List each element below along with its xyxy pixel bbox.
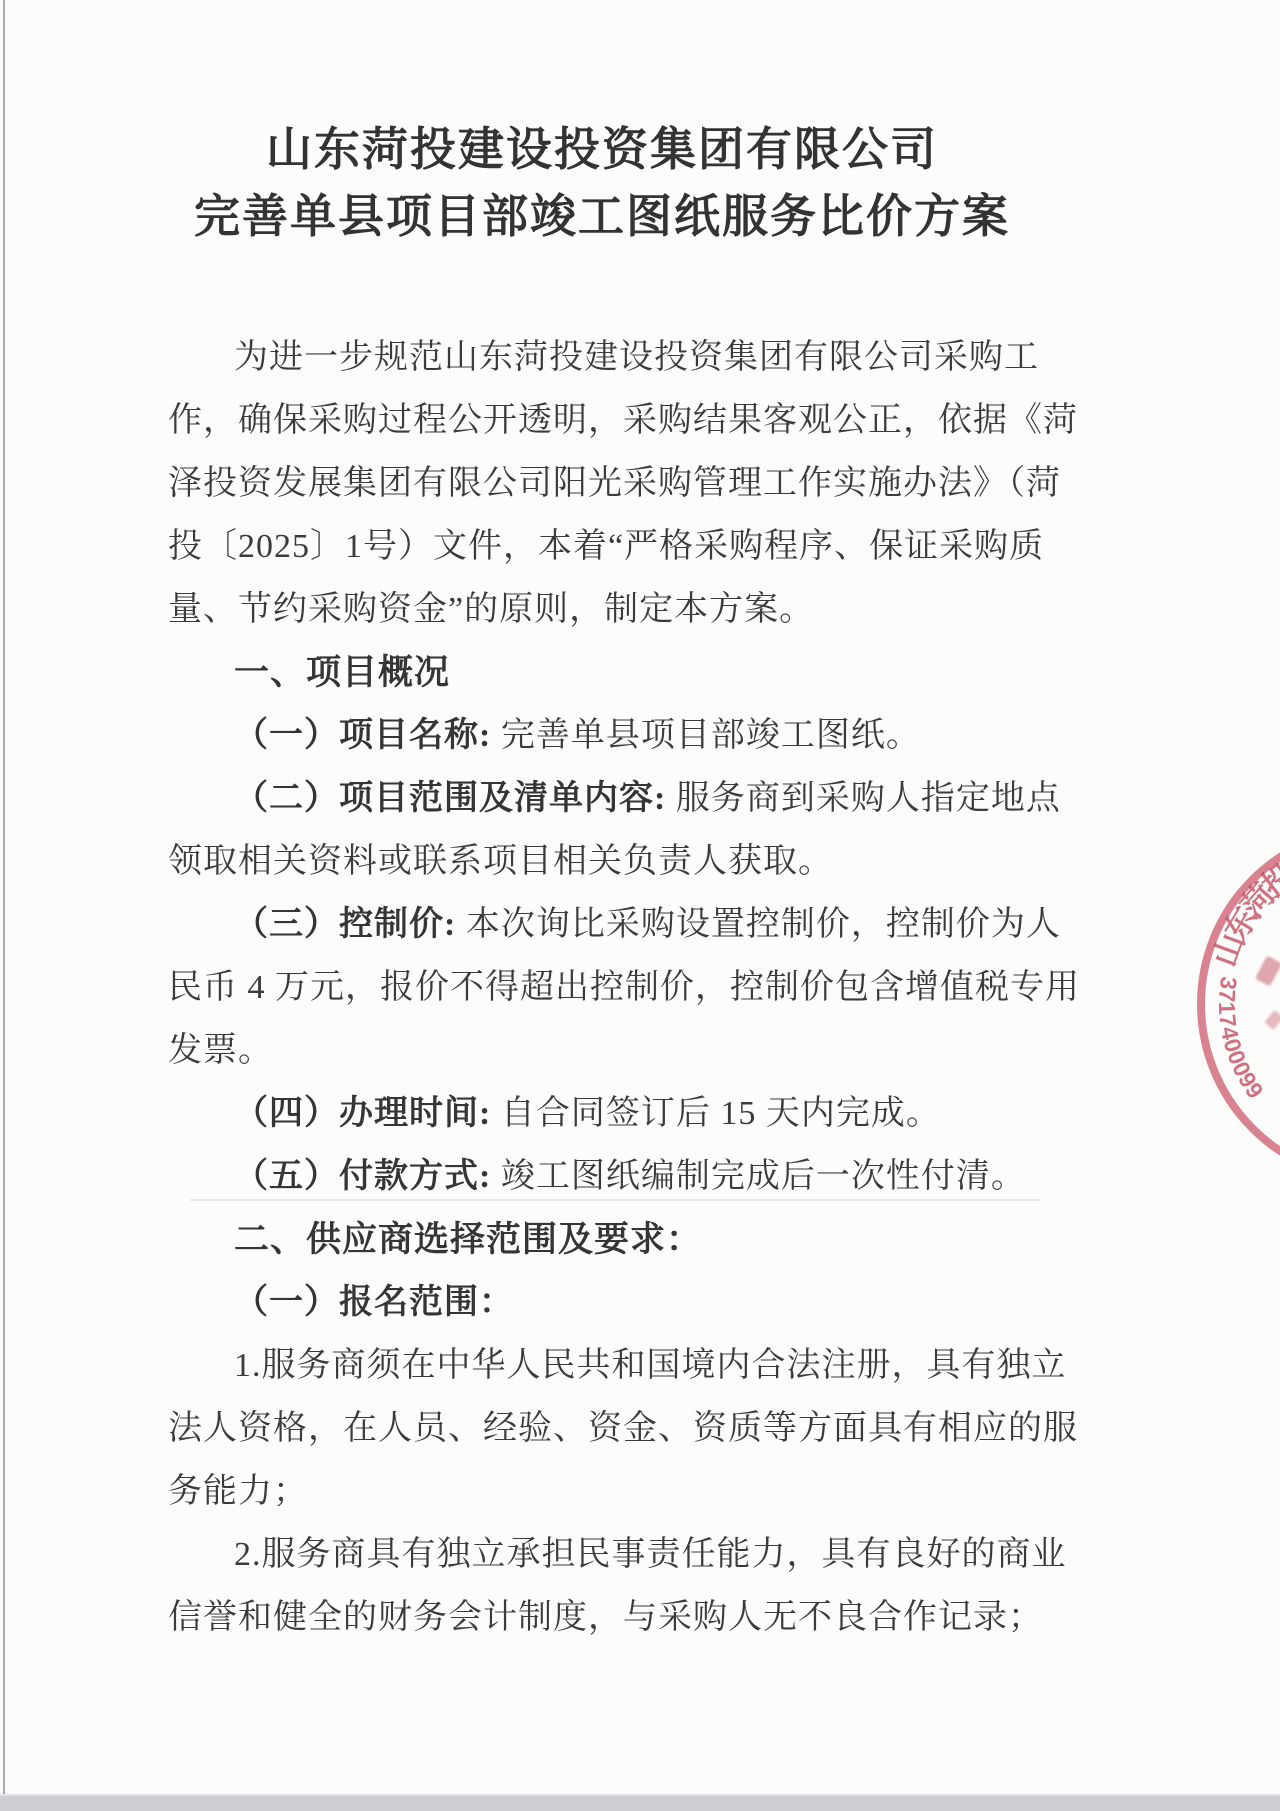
doc-line: 发票。 (168, 1019, 1036, 1082)
doc-line: （四）办理时间: 自合同签订后 15 天内完成。 (168, 1082, 1036, 1145)
seal-code-digit: 7 (1214, 1013, 1241, 1029)
doc-line: 信誉和健全的财务会计制度，与采购人无不良合作记录； (168, 1586, 1036, 1649)
doc-line: 民币 4 万元，报价不得超出控制价，控制价包含增值税专用 (168, 956, 1036, 1019)
doc-line-text: 务能力； (168, 1473, 308, 1510)
seal-code-digit: 1 (1214, 1001, 1240, 1015)
doc-line-label: （一）项目名称: (234, 717, 491, 754)
doc-line: 二、供应商选择范围及要求： (168, 1208, 1036, 1271)
doc-line: 量、节约采购资金”的原则，制定本方案。 (168, 578, 1036, 641)
seal-code-digit: 3 (1215, 975, 1243, 991)
doc-line-text: 1.服务商须在中华人民共和国境内合法注册，具有独立 (234, 1347, 1067, 1384)
doc-line: 为进一步规范山东菏投建设投资集团有限公司采购工 (168, 326, 1036, 389)
document-title: 山东菏投建设投资集团有限公司 完善单县项目部竣工图纸服务比价方案 (168, 0, 1036, 250)
seal-code-digit: 0 (1227, 1058, 1256, 1081)
scan-artifact-line (190, 1199, 1040, 1201)
document-text: 为进一步规范山东菏投建设投资集团有限公司采购工 作，确保采购过程公开透明，采购结… (168, 326, 1036, 1649)
doc-line-text: 2.服务商具有独立承担民事责任能力，具有良好的商业 (234, 1536, 1067, 1573)
title-line-2: 完善单县项目部竣工图纸服务比价方案 (168, 183, 1036, 250)
seal-inner-mark (1264, 1010, 1280, 1030)
doc-line-label: 二、供应商选择范围及要求： (234, 1220, 702, 1259)
seal-code-digit: 0 (1219, 1036, 1248, 1055)
doc-line-text: 本次询比采购设置控制价，控制价为人 (456, 906, 1061, 943)
doc-line-text: 竣工图纸编制完成后一次性付清。 (491, 1158, 1026, 1195)
doc-line-label: （四）办理时间: (234, 1095, 491, 1132)
seal-code-digit: 4 (1216, 1024, 1244, 1042)
document-body: 山东菏投建设投资集团有限公司 完善单县项目部竣工图纸服务比价方案 为进一步规范山… (168, 0, 1036, 1649)
doc-line-label: （一）报名范围： (234, 1284, 514, 1321)
doc-line-text: 作，确保采购过程公开透明，采购结果客观公正，依据《菏 (168, 402, 1078, 439)
doc-line: 2.服务商具有独立承担民事责任能力，具有良好的商业 (168, 1523, 1036, 1586)
doc-line: 1.服务商须在中华人民共和国境内合法注册，具有独立 (168, 1334, 1036, 1397)
doc-line-text: 泽投资发展集团有限公司阳光采购管理工作实施办法》（菏 (168, 465, 1061, 502)
doc-line-text: 自合同签订后 15 天内完成。 (491, 1095, 941, 1132)
seal-arc-char: 山 (1206, 929, 1251, 971)
doc-line-text: 信誉和健全的财务会计制度，与采购人无不良合作记录； (168, 1599, 1043, 1636)
seal-code-digit: 7 (1214, 988, 1241, 1002)
company-seal-stamp: 山 东 菏 投 3 7 1 7 4 0 0 0 9 9 (1140, 795, 1280, 1215)
seal-ring (1201, 828, 1280, 1180)
doc-line-text: 发票。 (168, 1032, 273, 1069)
doc-line: 一、项目概况 (168, 641, 1036, 704)
doc-line-label: （五）付款方式: (234, 1158, 491, 1195)
doc-line-text: 民币 4 万元，报价不得超出控制价，控制价包含增值税专用 (168, 969, 1080, 1006)
doc-line: 投〔2025〕1号）文件，本着“严格采购程序、保证采购质 (168, 515, 1036, 578)
doc-line: 作，确保采购过程公开透明，采购结果客观公正，依据《菏 (168, 389, 1036, 452)
doc-line: （三）控制价: 本次询比采购设置控制价，控制价为人 (168, 893, 1036, 956)
doc-line-text: 量、节约采购资金”的原则，制定本方案。 (168, 591, 814, 628)
seal-arc-char: 菏 (1234, 876, 1280, 924)
doc-line-label: （二）项目范围及清单内容: (234, 780, 666, 817)
seal-code-digit: 9 (1233, 1068, 1262, 1092)
doc-line-label: （三）控制价: (234, 906, 456, 943)
seal-inner-mark (1255, 956, 1280, 987)
doc-line: 法人资格，在人员、经验、资金、资质等方面具有相应的服 (168, 1397, 1036, 1460)
title-line-1: 山东菏投建设投资集团有限公司 (168, 116, 1036, 183)
doc-line: （一）项目名称: 完善单县项目部竣工图纸。 (168, 704, 1036, 767)
seal-code-digit: 0 (1222, 1047, 1251, 1068)
doc-line: 泽投资发展集团有限公司阳光采购管理工作实施办法》（菏 (168, 452, 1036, 515)
doc-line-text: 为进一步规范山东菏投建设投资集团有限公司采购工 (234, 339, 1039, 376)
scanned-document-page: 山东菏投建设投资集团有限公司 完善单县项目部竣工图纸服务比价方案 为进一步规范山… (0, 0, 1280, 1811)
doc-line: （一）报名范围： (168, 1271, 1036, 1334)
doc-line-label: 一、项目概况 (234, 653, 450, 692)
doc-line-text: 领取相关资料或联系项目相关负责人获取。 (168, 843, 833, 880)
doc-line-text: 投〔2025〕1号）文件，本着“严格采购程序、保证采购质 (168, 528, 1044, 565)
doc-line-text: 法人资格，在人员、经验、资金、资质等方面具有相应的服 (168, 1410, 1078, 1447)
seal-arc-char: 投 (1255, 856, 1280, 904)
doc-line: 领取相关资料或联系项目相关负责人获取。 (168, 830, 1036, 893)
scan-edge-bottom (0, 1794, 1280, 1811)
seal-arc-char: 东 (1217, 901, 1264, 947)
scan-edge-left (3, 0, 5, 1811)
doc-line: （二）项目范围及清单内容: 服务商到采购人指定地点 (168, 767, 1036, 830)
doc-line: 务能力； (168, 1460, 1036, 1523)
doc-line-text: 服务商到采购人指定地点 (666, 780, 1061, 817)
doc-line-text: 完善单县项目部竣工图纸。 (491, 717, 921, 754)
seal-code-digit: 9 (1240, 1078, 1269, 1103)
